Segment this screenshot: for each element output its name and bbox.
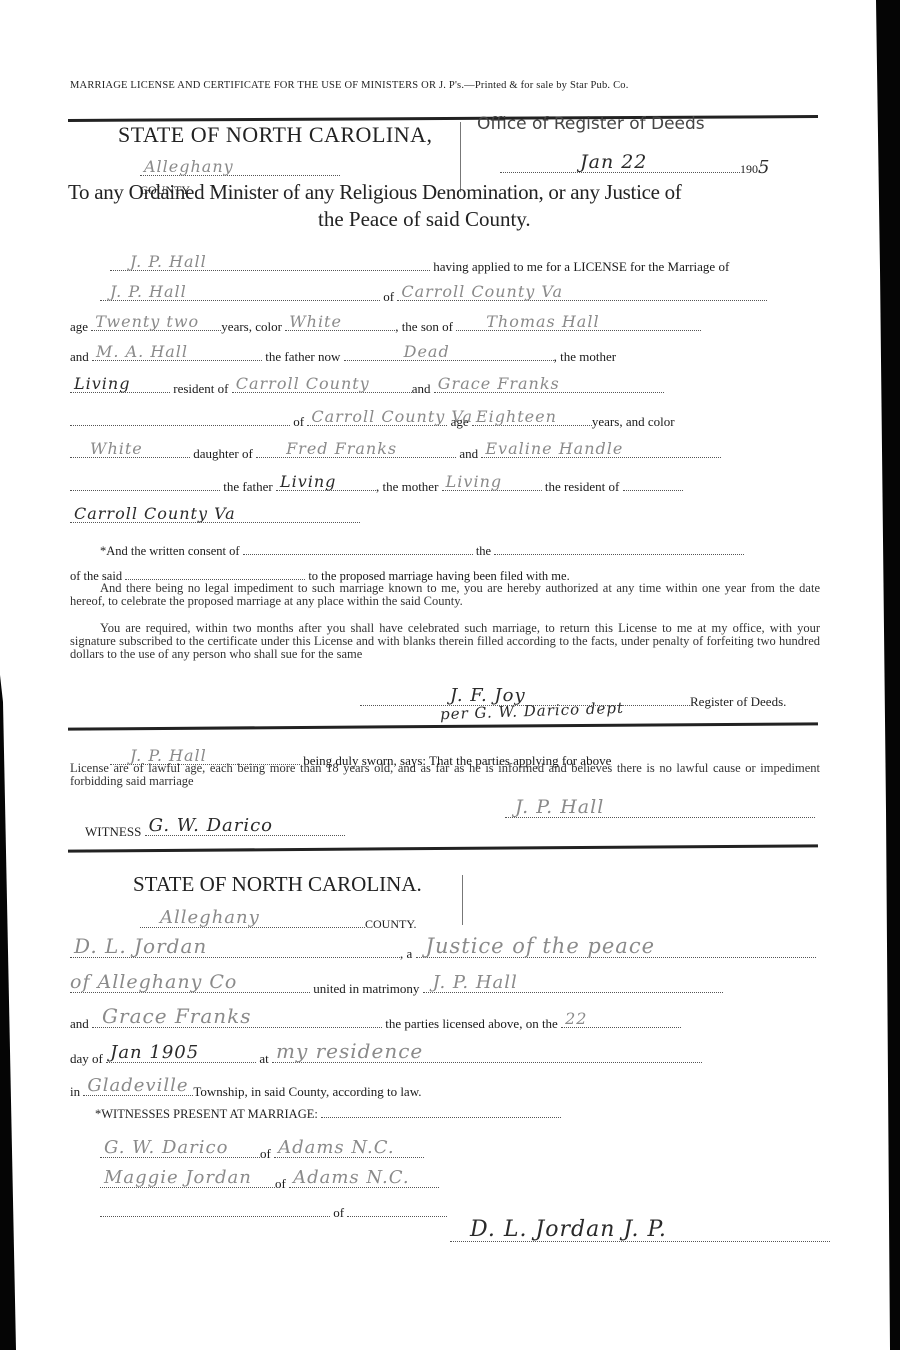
applied-text: having applied to me for a LICENSE for t… [433, 259, 729, 274]
and-label: and [70, 349, 89, 364]
years-color-label: years, color [221, 319, 282, 334]
groom-age: Twenty two [95, 312, 199, 331]
witness-label: WITNESS [85, 824, 141, 839]
groom-mother-status: Living [74, 374, 130, 393]
bride-line: of Carroll County Va age Eighteen years,… [70, 405, 820, 430]
consent-label: *And the written consent of [100, 544, 240, 558]
certificate-state-heading: STATE OF NORTH CAROLINA. [133, 872, 422, 897]
united-label: united in matrimony [313, 981, 419, 996]
form-title: MARRIAGE LICENSE AND CERTIFICATE FOR THE… [70, 80, 830, 91]
witness-2-residence: Adams N.C. [293, 1167, 409, 1188]
affiant-signature: J. P. Hall [515, 796, 604, 818]
certificate-groom: J. P. Hall [433, 972, 518, 993]
and-label-cert: and [70, 1016, 89, 1031]
license-state-heading: STATE OF NORTH CAROLINA, [118, 122, 432, 148]
groom-name: J. P. Hall [110, 282, 187, 301]
witness-signature: G. W. Darico [149, 815, 273, 836]
bride-residence: Carroll County Va [311, 407, 473, 426]
witness-1-residence: Adams N.C. [278, 1137, 394, 1158]
address-line-1: To any Ordained Minister of any Religiou… [68, 180, 828, 205]
resident-of-label: resident of [173, 381, 228, 396]
witness-1-of: of [260, 1146, 271, 1161]
son-of-label: , the son of [395, 319, 453, 334]
township-value: Gladeville [87, 1075, 188, 1096]
groom-line: J. P. Hall of Carroll County Va [70, 280, 820, 305]
witness-2-of: of [275, 1176, 286, 1191]
affiant-signature-line: J. P. Hall [505, 795, 815, 823]
scan-border-left [0, 0, 20, 1350]
the-mother-label: , the mother [554, 349, 616, 364]
certificate-county-value: Alleghany [160, 907, 260, 928]
top-rule [68, 115, 818, 122]
officiant-signature-line: D. L. Jordan J. P. [450, 1215, 830, 1247]
the-mother-label-2: , the mother [376, 479, 438, 494]
groom-father-status: Dead [404, 342, 450, 361]
daughter-of-label: daughter of [193, 446, 253, 461]
groom-color: White [289, 312, 342, 331]
bride-age: Eighteen [476, 407, 557, 426]
township-label: Township, in said County, according to l… [193, 1084, 421, 1099]
of-label-2: of [293, 414, 304, 429]
in-label: in [70, 1084, 80, 1099]
year-suffix: 5 [758, 157, 770, 178]
and-label-2: and [412, 381, 431, 396]
address-line-2: the Peace of said County. [318, 207, 531, 232]
affidavit-paragraph: License are of lawful age, each being mo… [70, 762, 820, 788]
license-date-field: Jan 22 1905 [500, 150, 770, 178]
witness-line: WITNESS G. W. Darico [85, 815, 345, 840]
officiant-title: Justice of the peace [426, 934, 655, 958]
applicant-name: J. P. Hall [130, 252, 207, 271]
witness-3-of: of [333, 1205, 344, 1220]
bride-name: Grace Franks [438, 374, 560, 393]
officiant-county: of Alleghany Co [70, 971, 237, 993]
applicant-line: J. P. Hall having applied to me for a LI… [70, 250, 820, 275]
witness-row-1: G. W. Darico of Adams N.C. [70, 1135, 820, 1162]
united-line: of Alleghany Co united in matrimony J. P… [70, 970, 820, 997]
witness-1-name: G. W. Darico [104, 1137, 228, 1158]
father-now-label: the father now [265, 349, 340, 364]
bride-father-status: Living [280, 472, 336, 491]
officiant-name: D. L. Jordan [74, 934, 207, 958]
month-year-value: Jan 1905 [110, 1042, 199, 1063]
scan-border-right [868, 0, 900, 1350]
certificate-county-field: Alleghany COUNTY. [140, 905, 416, 933]
requirement-paragraph: You are required, within two months afte… [70, 622, 820, 661]
groom-age-line: age Twenty two years, color White , the … [70, 310, 820, 335]
bride-mother: Evaline Handle [485, 439, 623, 458]
bride-color: White [90, 439, 143, 458]
groom-father: Thomas Hall [486, 312, 599, 331]
and-label-3: and [459, 446, 478, 461]
certificate-county-label: COUNTY. [365, 917, 416, 931]
location-value: my residence [276, 1039, 423, 1063]
witness-row-2: Maggie Jordan of Adams N.C. [70, 1165, 820, 1192]
day-value: 22 [565, 1009, 587, 1028]
consent-the-label: the [476, 544, 491, 558]
groom-residence: Carroll County Va [401, 282, 563, 301]
year-prefix: 190 [740, 162, 758, 176]
bride-parents-line: White daughter of Fred Franks and Evalin… [70, 437, 820, 462]
certificate-bride: Grace Franks [102, 1004, 251, 1028]
the-resident-of-label: the resident of [545, 479, 619, 494]
a-label: , a [400, 946, 412, 961]
parties-label: the parties licensed above, on the [385, 1016, 558, 1031]
affidavit-bottom-rule [68, 844, 818, 852]
license-bottom-rule [68, 722, 818, 730]
groom-parents-residence-line: Living resident of Carroll County and Gr… [70, 372, 820, 397]
date-location-line: day of Jan 1905 at my residence [70, 1040, 820, 1067]
of-label: of [383, 289, 394, 304]
register-label: Register of Deeds. [690, 694, 786, 709]
license-county-value: Alleghany [144, 157, 234, 176]
bride-father: Fred Franks [286, 439, 397, 458]
bride-parents-status-line: the father Living , the mother Living th… [70, 470, 820, 495]
years-and-color-label: years, and color [592, 414, 675, 429]
consent-line-1: *And the written consent of the [70, 540, 820, 559]
the-father-label: the father [223, 479, 272, 494]
officiant-signature: D. L. Jordan J. P. [470, 1217, 667, 1242]
township-line: in Gladeville Township, in said County, … [70, 1073, 820, 1100]
groom-parents-residence: Carroll County [236, 374, 370, 393]
officiant-line: D. L. Jordan , a Justice of the peace [70, 935, 820, 962]
authorization-paragraph: And there being no legal impediment to s… [70, 582, 820, 608]
office-heading: Office of Register of Deeds [477, 114, 705, 134]
witnesses-heading-line: *WITNESSES PRESENT AT MARRIAGE: [95, 1105, 561, 1122]
bride-mother-status: Living [446, 472, 502, 491]
at-label: at [259, 1051, 268, 1066]
license-date-value: Jan 22 [580, 151, 647, 173]
groom-mother: M. A. Hall [96, 342, 188, 361]
bride-cert-line: and Grace Franks the parties licensed ab… [70, 1005, 820, 1032]
bride-parents-residence: Carroll County Va [74, 504, 236, 523]
groom-mother-line: and M. A. Hall the father now Dead , the… [70, 340, 820, 365]
certificate-header-divider [462, 875, 463, 925]
bride-parents-residence-line: Carroll County Va [70, 502, 820, 527]
day-of-label: day of [70, 1051, 103, 1066]
witness-2-name: Maggie Jordan [104, 1167, 252, 1188]
witnesses-label: *WITNESSES PRESENT AT MARRIAGE: [95, 1107, 318, 1121]
age-label: age [70, 319, 88, 334]
